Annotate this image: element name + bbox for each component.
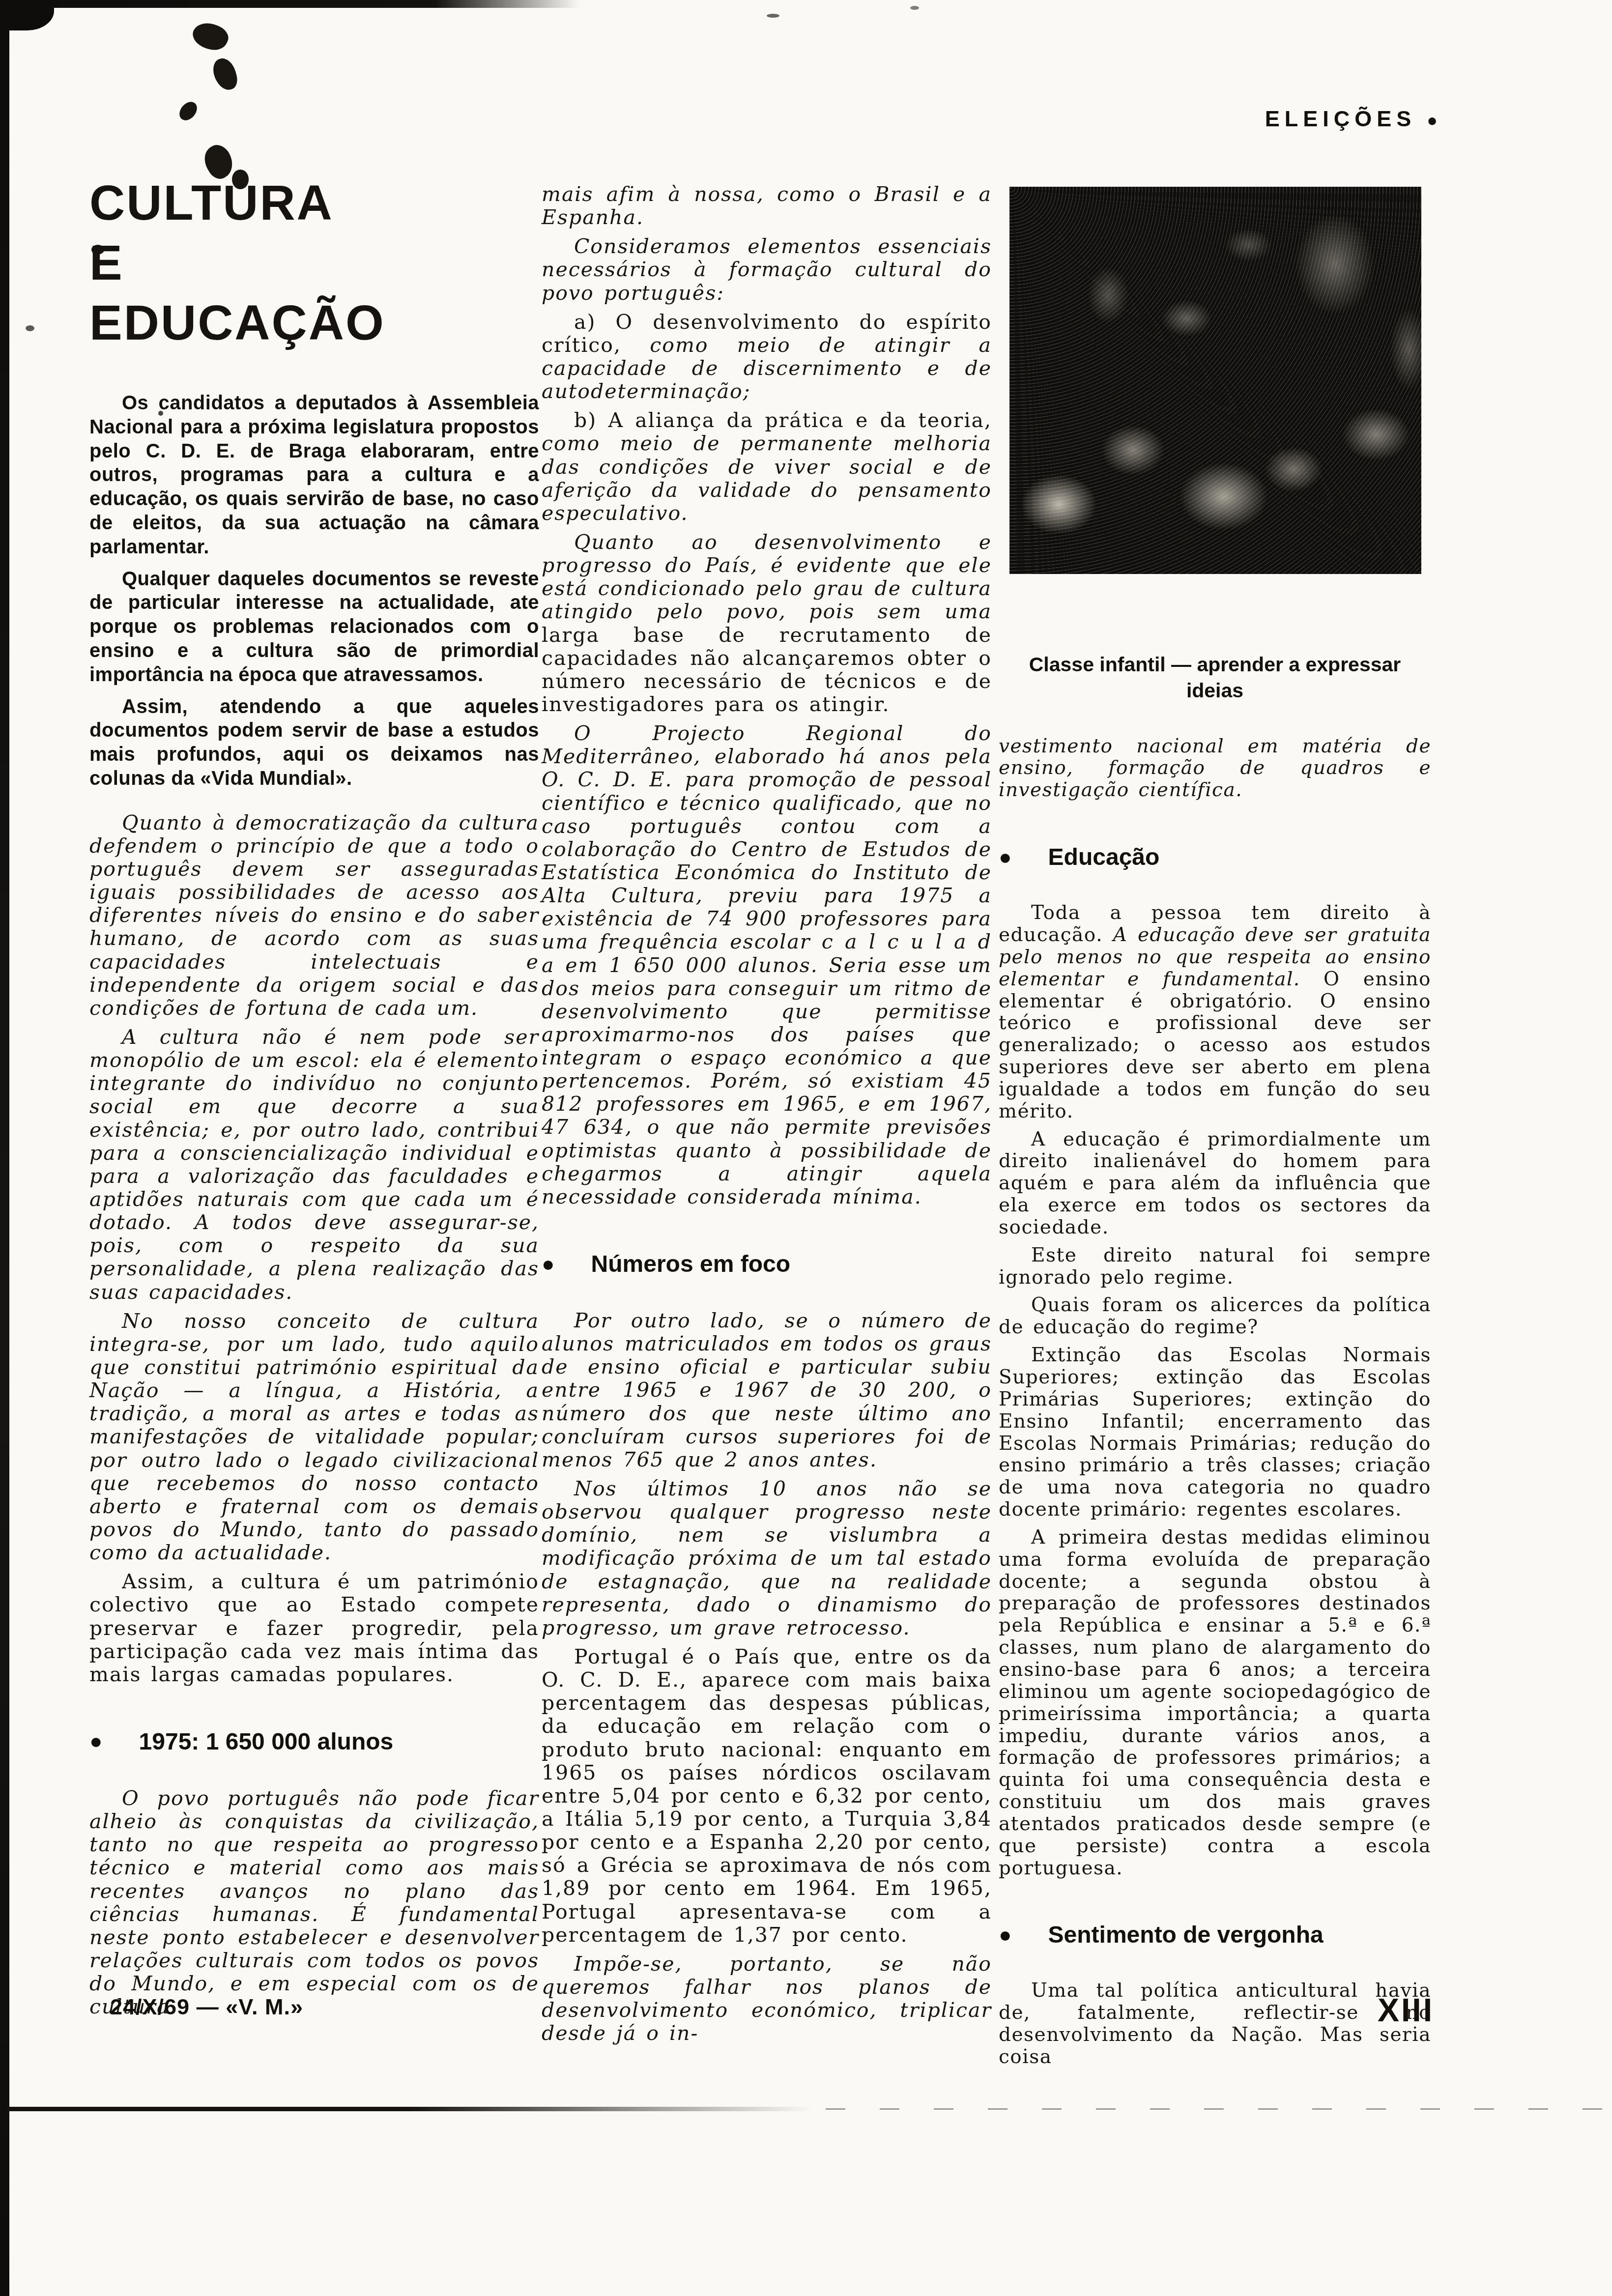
section-heading-numeros-em-foco: ● Números em foco [542, 1251, 992, 1278]
body-paragraph: No nosso conceito de cultura integra-se,… [89, 1310, 539, 1565]
section-heading-text: Sentimento de vergonha [1048, 1922, 1324, 1949]
body-paragraph: O povo português não pode ficar alheio à… [89, 1787, 539, 2018]
body-paragraph: b) A aliança da prática e da teoria, com… [542, 409, 992, 525]
ink-speck [910, 6, 919, 10]
paragraph-roman: O ensino elementar é obrigatório. O ensi… [999, 968, 1431, 1122]
lead-paragraph: Assim, atendendo a que aqueles documento… [89, 695, 539, 791]
body-paragraph: O Projecto Regional do Mediterrâneo, ela… [542, 722, 992, 1208]
footer-credit: 24/X/69 — «V. M.» [110, 1994, 303, 2020]
body-paragraph: Quanto à democratização da cultura defen… [89, 811, 539, 1020]
body-paragraph: Toda a pessoa tem direito à educação. A … [999, 902, 1431, 1122]
section-heading-text: 1975: 1 650 000 alunos [139, 1728, 394, 1755]
photo-caption-line-2: ideias [999, 678, 1431, 704]
section-heading-educacao: ● Educação [999, 844, 1431, 871]
page-number: XIII [1322, 1991, 1434, 2029]
paragraph-italic: como meio de permanente melhoria das con… [542, 431, 992, 524]
body-paragraph: Impõe-se, portanto, se não queremos falh… [542, 1952, 992, 2045]
section-heading-1975-alunos: ● 1975: 1 650 000 alunos [89, 1728, 539, 1755]
body-paragraph: a) O desenvolvimento do espírito crítico… [542, 311, 992, 403]
body-paragraph: A cultura não é nem pode ser monopólio d… [89, 1026, 539, 1304]
column-left: CULTURA E EDUCAÇÃO Os candidatos a deput… [89, 173, 539, 2024]
headline-line-2: E [89, 233, 539, 293]
masthead-section-label: ELEIÇÕES● [1170, 106, 1438, 132]
ink-speck [767, 14, 779, 18]
masthead-bullet-icon: ● [1427, 110, 1438, 130]
paragraph-lead: b) A aliança da prática e da teoria, [574, 408, 992, 432]
body-paragraph: Portugal é o País que, entre os da O. C.… [542, 1645, 992, 1947]
bottom-rule-faint [826, 2108, 1602, 2110]
ink-blotch [189, 17, 231, 56]
photo-caption-line-1: Classe infantil — aprender a expressar [999, 652, 1431, 678]
headline-line-3: EDUCAÇÃO [89, 293, 539, 353]
body-paragraph: vestimento nacional em matéria de ensino… [999, 736, 1431, 802]
photo-caption: Classe infantil — aprender a expressar i… [999, 652, 1431, 704]
scan-edge-left [0, 0, 9, 2296]
body-paragraph: mais afim à nossa, como o Brasil e a Esp… [542, 183, 992, 229]
paragraph-italic: Quanto ao desenvolvimento e progresso do… [542, 530, 992, 623]
body-paragraph: Quais foram os alicerces da política de … [999, 1294, 1431, 1339]
ink-speck [26, 325, 34, 331]
page: { "glyphs": { "bullet": "●" }, "masthead… [0, 0, 1612, 2296]
bullet-icon: ● [999, 847, 1012, 868]
body-paragraph: Consideramos elementos essenciais necess… [542, 235, 992, 304]
lead-paragraph: Qualquer daqueles documentos se reveste … [89, 567, 539, 687]
section-heading-text: Educação [1048, 844, 1160, 871]
ink-blotch [176, 98, 201, 123]
scan-edge-top [0, 0, 580, 8]
paragraph-roman: larga base de recrutamento de capacidade… [542, 623, 992, 716]
body-paragraph: Assim, a cultura é um património colecti… [89, 1570, 539, 1686]
column-right: Classe infantil — aprender a expressar i… [999, 187, 1431, 2074]
body-paragraph: Este direito natural foi sempre ignorado… [999, 1245, 1431, 1289]
body-paragraph: A primeira destas medidas eliminou uma f… [999, 1527, 1431, 1880]
column-middle: mais afim à nossa, como o Brasil e a Esp… [542, 183, 992, 2051]
body-paragraph: Quanto ao desenvolvimento e progresso do… [542, 531, 992, 716]
headline-line-1: CULTURA [89, 173, 539, 233]
body-paragraph: A educação é primordialmente um direito … [999, 1129, 1431, 1239]
body-paragraph: Nos últimos 10 anos não se observou qual… [542, 1477, 992, 1639]
scan-corner-blob [0, 0, 54, 30]
ink-blotch [210, 56, 240, 92]
classroom-photo [1009, 187, 1421, 574]
bullet-icon: ● [542, 1254, 555, 1275]
lead-paragraph: Os candidatos a deputados à Assembleia N… [89, 391, 539, 559]
section-heading-text: Números em foco [591, 1251, 790, 1278]
bottom-rule [7, 2107, 813, 2111]
bullet-icon: ● [999, 1924, 1012, 1946]
section-heading-sentimento-de-vergonha: ● Sentimento de vergonha [999, 1922, 1431, 1949]
body-paragraph: Extinção das Escolas Normais Superiores;… [999, 1345, 1431, 1521]
bullet-icon: ● [89, 1731, 103, 1752]
article-headline: CULTURA E EDUCAÇÃO [89, 173, 539, 353]
body-paragraph: Por outro lado, se o número de alunos ma… [542, 1309, 992, 1471]
masthead-label: ELEIÇÕES [1265, 106, 1416, 131]
